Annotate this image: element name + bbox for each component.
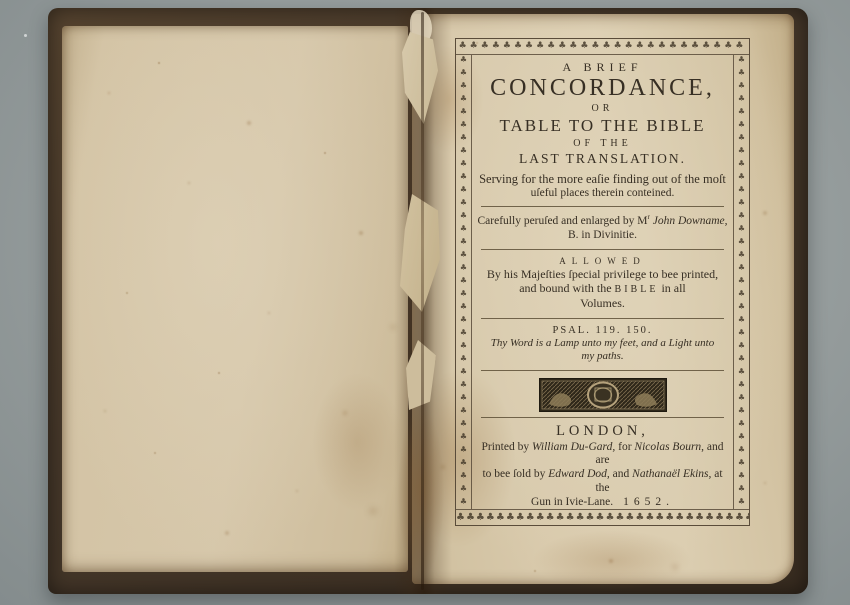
divider-rule xyxy=(481,249,724,250)
privilege-line-2: and bound with the BIBLE in all xyxy=(477,281,728,296)
ornament-column-left: ♣♣♣♣♣♣♣♣♣♣♣♣♣♣♣♣♣♣♣♣♣♣♣♣♣♣♣♣♣♣♣♣♣♣♣♣ xyxy=(456,55,472,509)
divider-rule xyxy=(481,318,724,319)
imprint-line-3: Gun in Ivie-Lane.1652. xyxy=(477,496,728,509)
title-line-last-translation: LAST TRANSLATION. xyxy=(477,151,728,167)
privilege-line-1: By his Majeſties ſpecial privilege to be… xyxy=(477,267,728,281)
bible-small-caps: BIBLE xyxy=(615,284,659,295)
subtitle-line-1: Serving for the more eaſie finding out o… xyxy=(477,173,728,187)
psalm-epigraph: PSAL. 119. 150. Thy Word is a Lamp unto … xyxy=(477,325,728,363)
dust-speck xyxy=(24,34,27,37)
title-line-table-to-bible: TABLE TO THE BIBLE xyxy=(477,116,728,136)
allowed-heading: ALLOWED xyxy=(477,256,728,267)
attribution-degree: B. in Divinitie. xyxy=(477,229,728,243)
title-page-text: A BRIEF CONCORDANCE, OR TABLE TO THE BIB… xyxy=(472,55,733,509)
divider-rule xyxy=(481,206,724,207)
subtitle-line-2: uſeful places therein conteined. xyxy=(477,187,728,200)
foxing-spots xyxy=(412,14,414,16)
divider-rule xyxy=(481,417,724,418)
editor-attribution: Carefully peruſed and enlarged by Mr Joh… xyxy=(477,213,728,242)
ornament-column-right: ♣♣♣♣♣♣♣♣♣♣♣♣♣♣♣♣♣♣♣♣♣♣♣♣♣♣♣♣♣♣♣♣♣♣♣♣ xyxy=(733,55,749,509)
title-line-of-the: OF THE xyxy=(477,138,728,149)
bookseller-name-italic: Edward Dod, xyxy=(548,468,610,480)
imprint: LONDON, Printed by William Du-Gard, for … xyxy=(477,423,728,509)
psalm-quote-line-2: my paths. xyxy=(477,350,728,363)
book-cover: ♣♣♣♣♣♣♣♣♣♣♣♣♣♣♣♣♣♣♣♣♣♣♣♣♣♣ ♣♣♣♣♣♣♣♣♣♣♣♣♣… xyxy=(48,8,808,594)
psalm-reference: PSAL. 119. 150. xyxy=(477,325,728,337)
ornament-row-top: ♣♣♣♣♣♣♣♣♣♣♣♣♣♣♣♣♣♣♣♣♣♣♣♣♣♣ xyxy=(456,39,749,55)
psalm-quote-line-1: Thy Word is a Lamp unto my feet, and a L… xyxy=(477,337,728,350)
title-page-leaf: ♣♣♣♣♣♣♣♣♣♣♣♣♣♣♣♣♣♣♣♣♣♣♣♣♣♣ ♣♣♣♣♣♣♣♣♣♣♣♣♣… xyxy=(412,14,794,584)
title-line-or: OR xyxy=(477,103,728,114)
publisher-name-italic: Nicolas Bourn xyxy=(634,441,701,453)
title-line-a-brief: A BRIEF xyxy=(477,55,728,75)
printer-name-italic: William Du-Gard, xyxy=(532,441,615,453)
privilege-notice: ALLOWED By his Majeſties ſpecial privile… xyxy=(477,256,728,311)
imprint-city: LONDON, xyxy=(477,423,728,440)
imprint-line-1: Printed by William Du-Gard, for Nicolas … xyxy=(477,441,728,469)
imprint-year: 1652. xyxy=(623,496,674,508)
title-line-concordance: CONCORDANCE, xyxy=(477,76,728,102)
imprint-line-2: to bee ſold by Edward Dod, and Nathanaël… xyxy=(477,468,728,496)
privilege-line-3: Volumes. xyxy=(477,296,728,310)
ornamental-border: ♣♣♣♣♣♣♣♣♣♣♣♣♣♣♣♣♣♣♣♣♣♣♣♣♣♣ ♣♣♣♣♣♣♣♣♣♣♣♣♣… xyxy=(455,38,750,526)
bookseller-name-italic: Nathanaël Ekins, xyxy=(632,468,711,480)
page-stain xyxy=(312,372,402,512)
attribution-name-italic: John Downame, xyxy=(650,215,728,227)
attribution-roman: Carefully peruſed and enlarged by M xyxy=(478,215,648,227)
foxing-spots xyxy=(62,26,64,28)
ornament-row-bottom: ♣♣♣♣♣♣♣♣♣♣♣♣♣♣♣♣♣♣♣♣♣♣♣♣♣♣♣♣♣♣ xyxy=(456,509,749,525)
printer-device-engraving xyxy=(539,378,667,412)
page-stain xyxy=(532,530,692,590)
divider-rule xyxy=(481,370,724,371)
photo-background: ♣♣♣♣♣♣♣♣♣♣♣♣♣♣♣♣♣♣♣♣♣♣♣♣♣♣ ♣♣♣♣♣♣♣♣♣♣♣♣♣… xyxy=(0,0,850,605)
left-blank-page xyxy=(62,26,408,572)
